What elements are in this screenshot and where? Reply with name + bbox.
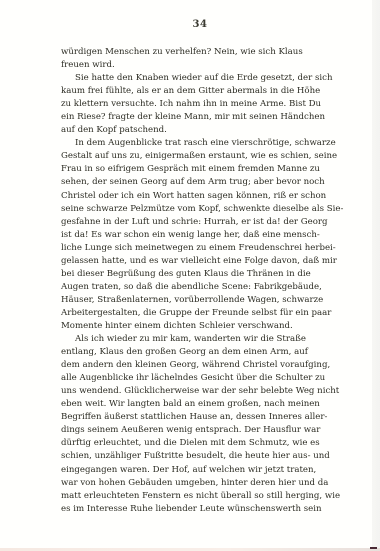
- text-line: alle Augenblicke ihr lächelndes Gesicht …: [61, 372, 297, 385]
- text-line: eben weit. Wir langten bald an einem gro…: [61, 398, 297, 411]
- text-line: Momente hinter einem dichten Schleier ve…: [61, 320, 297, 333]
- text-line: zu klettern versuchte. Ich nahm ihn in m…: [61, 98, 297, 111]
- page-number: 34: [0, 19, 380, 30]
- text-line: dürftig erleuchtet, und die Dielen mit d…: [61, 437, 297, 450]
- text-line: schien, unzähliger Fußtritte besudelt, d…: [61, 450, 297, 463]
- body-text: würdigen Menschen zu verhelfen? Nein, wi…: [61, 46, 297, 516]
- text-line: entlang, Klaus den großen Georg an dem e…: [61, 346, 297, 359]
- text-line: Christel oder ich ein Wort hatten sagen …: [61, 190, 297, 203]
- page-edge-right: [372, 0, 380, 551]
- text-line: liche Lunge sich meinetwegen zu einem Fr…: [61, 242, 297, 255]
- text-line: es im Interesse Ruhe liebender Leute wün…: [61, 503, 297, 516]
- text-line: eingegangen waren. Der Hof, auf welchen …: [61, 464, 297, 477]
- text-line: Gestalt auf uns zu, einigermaßen erstaun…: [61, 150, 297, 163]
- text-line: Als ich wieder zu mir kam, wanderten wir…: [61, 333, 297, 346]
- text-line: uns wendend. Glücklicherweise war der se…: [61, 385, 297, 398]
- text-line: gelassen hatte, und es war vielleicht ei…: [61, 255, 297, 268]
- text-line: seine schwarze Pelzmütze vom Kopf, schwe…: [61, 203, 297, 216]
- text-line: Frau in so eifrigem Gespräch mit einem f…: [61, 163, 297, 176]
- text-line: dem andern den kleinen Georg, während Ch…: [61, 359, 297, 372]
- text-line: gesfahne in der Luft und schrie: Hurrah,…: [61, 216, 297, 229]
- book-page: 34 würdigen Menschen zu verhelfen? Nein,…: [0, 0, 372, 548]
- text-line: ein Riese? fragte der kleine Mann, mir m…: [61, 111, 297, 124]
- text-line: dings seinem Aeußeren wenig entsprach. D…: [61, 424, 297, 437]
- text-line: ist da! Es war schon ein wenig lange her…: [61, 229, 297, 242]
- text-line: würdigen Menschen zu verhelfen? Nein, wi…: [61, 46, 297, 59]
- corner-mark: [370, 547, 377, 549]
- text-line: Sie hatte den Knaben wieder auf die Erde…: [61, 72, 297, 85]
- text-line: sehen, der seinen Georg auf dem Arm trug…: [61, 176, 297, 189]
- text-line: freuen wird.: [61, 59, 297, 72]
- text-line: kaum frei fühlte, als er an dem Gitter a…: [61, 85, 297, 98]
- text-line: war von hohen Gebäuden umgeben, hinter d…: [61, 477, 297, 490]
- text-line: Augen traten, so daß die abendliche Scen…: [61, 281, 297, 294]
- text-line: bei dieser Begrüßung des guten Klaus die…: [61, 268, 297, 281]
- text-line: In dem Augenblicke trat rasch eine viers…: [61, 137, 297, 150]
- text-line: auf den Kopf patschend.: [61, 124, 297, 137]
- text-line: Begriffen äußerst stattlichen Hause an, …: [61, 411, 297, 424]
- text-line: matt erleuchteten Fenstern es nicht über…: [61, 490, 297, 503]
- text-line: Häuser, Straßenlaternen, vorüberrollende…: [61, 294, 297, 307]
- text-line: Arbeitergestalten, die Gruppe der Freund…: [61, 307, 297, 320]
